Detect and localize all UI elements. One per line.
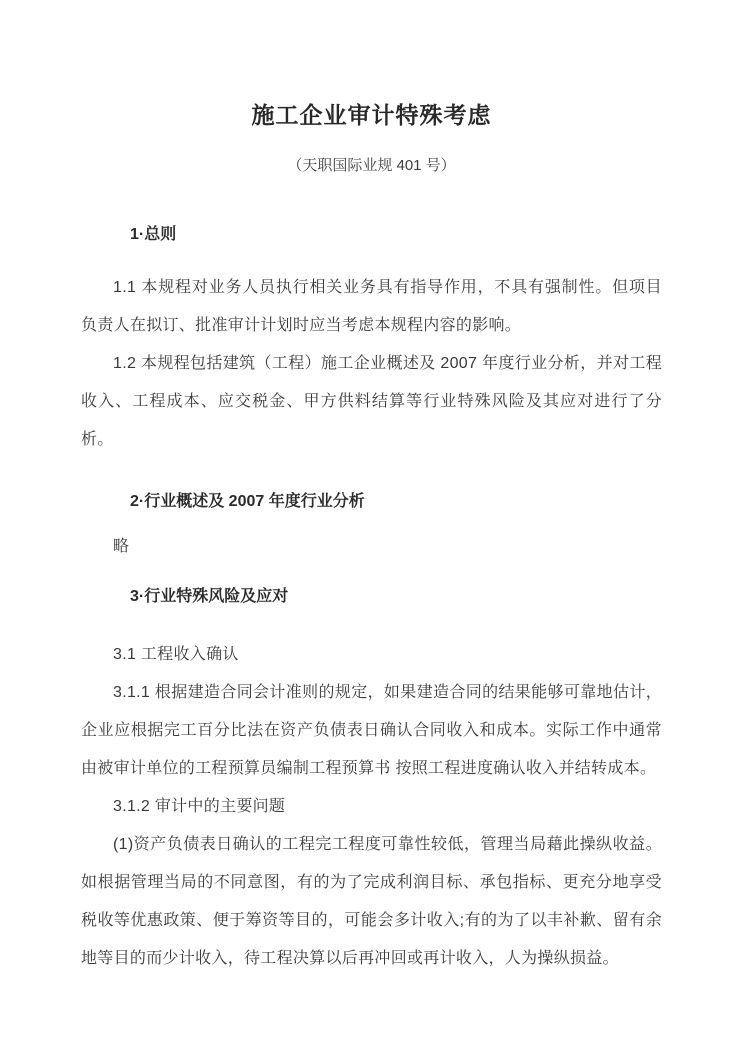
paragraph-omitted: 略 [81,528,662,566]
paragraph-3-1-2-item-1: (1)资产负债表日确认的工程完工程度可靠性较低，管理当局藉此操纵收益。如根据管理… [81,826,662,978]
paragraph-1-1: 1.1 本规程对业务人员执行相关业务具有指导作用，不具有强制性。但项目负责人在拟… [81,269,662,345]
paragraph-3-1-1: 3.1.1 根据建造合同会计准则的规定，如果建造合同的结果能够可靠地估计，企业应… [81,674,662,788]
section-3-heading: 3·行业特殊风险及应对 [81,578,662,616]
paragraph-1-2: 1.2 本规程包括建筑（工程）施工企业概述及 2007 年度行业分析，并对工程收… [81,345,662,459]
document-subtitle: （天职国际业规 401 号） [81,147,662,185]
subsection-3-1-heading: 3.1 工程收入确认 [81,636,662,674]
subsection-3-1-2-heading: 3.1.2 审计中的主要问题 [81,788,662,826]
document-title: 施工企业审计特殊考虑 [81,96,662,134]
section-2-heading: 2·行业概述及 2007 年度行业分析 [81,483,662,521]
document-page: 施工企业审计特殊考虑 （天职国际业规 401 号） 1·总则 1.1 本规程对业… [0,0,744,1052]
section-1-heading: 1·总则 [81,216,662,254]
